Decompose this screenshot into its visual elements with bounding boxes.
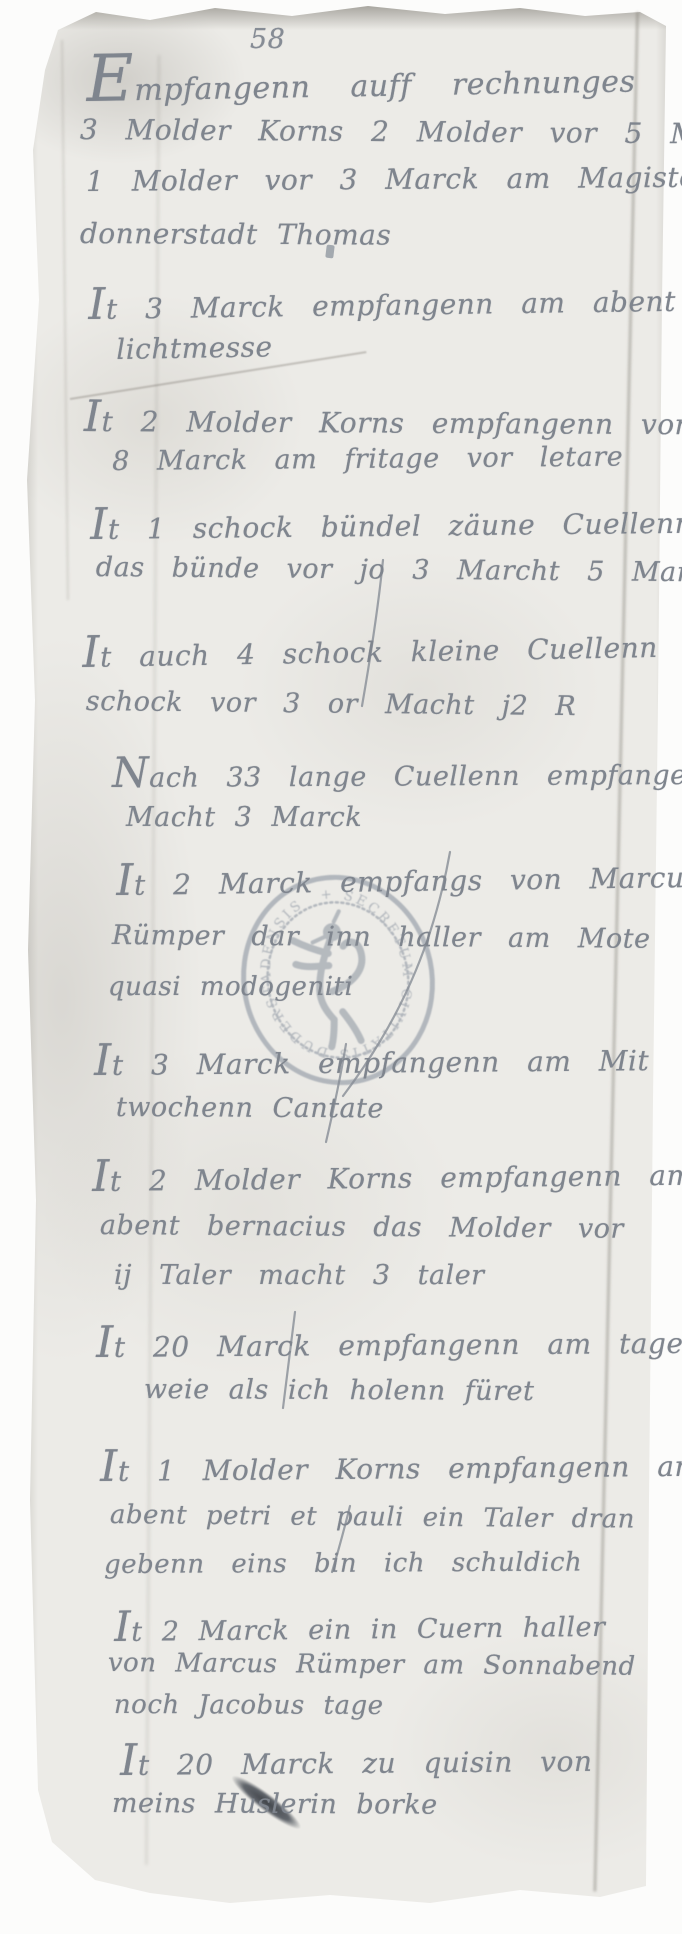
- manuscript-line: Empfangenn auff rechnunges: [86, 38, 636, 112]
- manuscript-line: lichtmesse: [116, 333, 273, 364]
- manuscript-line: abent bernacius das Molder vor: [100, 1212, 624, 1243]
- manuscript-line: von Marcus Rümper am Sonnabend: [108, 1650, 636, 1680]
- manuscript-line: It 1 Molder Korns empfangenn am: [100, 1441, 682, 1490]
- manuscript-line: twochenn Cantate: [116, 1094, 384, 1122]
- manuscript-line: donnerstadt Thomas: [80, 220, 392, 250]
- manuscript-line: das bünde vor jo 3 Marcht 5 Marck: [96, 554, 682, 586]
- manuscript-line: Macht 3 Marck: [126, 804, 362, 831]
- manuscript-line: It 2 Molder Korns empfangenn am: [92, 1150, 682, 1200]
- manuscript-line: gebenn eins bin ich schuldich: [104, 1549, 582, 1578]
- manuscript-line: It 3 Marck empfangenn am abent: [88, 276, 676, 328]
- manuscript-line: 1 Molder vor 3 Marck am Magistern: [86, 164, 682, 196]
- manuscript-line: Rümper dar inn haller am Mote: [112, 922, 651, 953]
- manuscript-line: 3 Molder Korns 2 Molder vor 5 Marck,: [80, 116, 682, 149]
- manuscript-line: It 2 Marck empfangs von Marcus: [116, 852, 682, 904]
- manuscript-line: meins Huslerin borke: [112, 1790, 438, 1819]
- manuscript-line: Nach 33 lange Cuellenn empfangenn: [112, 749, 682, 794]
- manuscript-line: ij Taler macht 3 taler: [114, 1262, 485, 1289]
- manuscript-line: abent petri et pauli ein Taler dran: [110, 1502, 635, 1533]
- manuscript-line: quasi modogeniti: [108, 974, 353, 1000]
- manuscript-line: It 20 Marck empfangenn am tage: [96, 1318, 682, 1366]
- manuscript-line: 8 Marck am fritage vor letare: [112, 444, 623, 475]
- manuscript-line: weie als ich holenn füret: [144, 1376, 535, 1405]
- manuscript-line: It 2 Marck ein in Cuern haller: [114, 1601, 606, 1648]
- manuscript-scan: + SECRETUM CIVITATIS DUDERSTADENSIS: [0, 0, 682, 1934]
- manuscript-line: noch Jacobus tage: [114, 1692, 384, 1719]
- manuscript-line: It 1 schock bündel zäune Cuellenn: [90, 498, 682, 548]
- manuscript-line: It 20 Marck zu quisin von: [120, 1736, 593, 1784]
- manuscript-line: It 2 Molder Korns empfangenn vor: [84, 396, 682, 443]
- manuscript-line: It 3 Marck empfangenn am Mit: [94, 1035, 649, 1083]
- manuscript-line: schock vor 3 or Macht j2 R: [86, 688, 577, 720]
